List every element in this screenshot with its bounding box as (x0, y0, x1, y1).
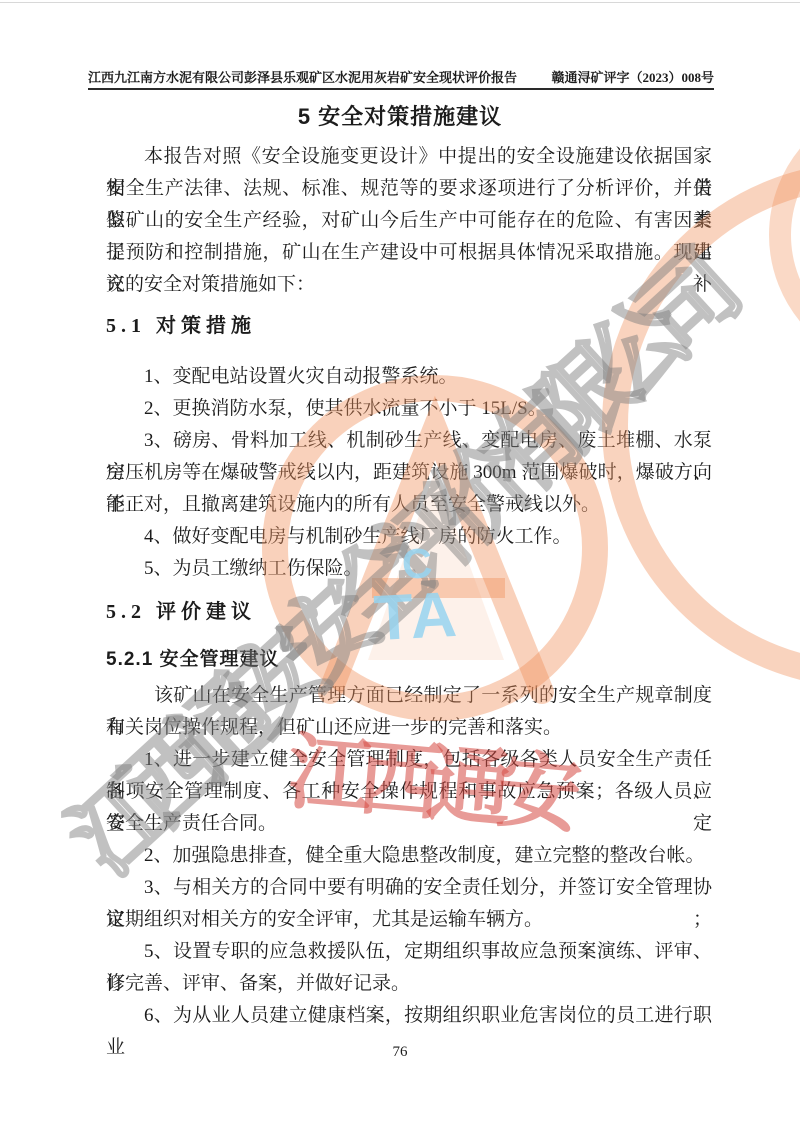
page-number: 76 (0, 1044, 800, 1061)
list-item: 3、磅房、骨料加工线、机制砂生产线、变配电房、废土堆棚、水泵房、 (106, 425, 712, 457)
document-page: 江西九江南方水泥有限公司彭泽县乐观矿区水泥用灰岩矿安全现状评价报告 赣通浔矿评字… (0, 0, 800, 1130)
list-item: 3、与相关方的合同中要有明确的安全责任划分，并签订安全管理协议； (106, 872, 712, 904)
header-doc-number: 赣通浔矿评字（2023）008号 (551, 68, 714, 88)
text-line: 似矿山的安全生产经验，对矿山今后生产中可能存在的危险、有害因素提出 (106, 205, 712, 237)
list-item: 4、做好变配电房与机制砂生产线厂房的防火工作。 (106, 521, 712, 553)
chapter-title: 5 安全对策措施建议 (0, 100, 800, 131)
text-line: 有关岗位操作规程，但矿山还应进一步的完善和落实。 (106, 712, 712, 744)
list-item: 6、为从业人员建立健康档案，按期组织职业危害岗位的员工进行职业 (106, 1000, 712, 1032)
scan-edge-line (0, 2, 800, 3)
intro-paragraph: 本报告对照《安全设施变更设计》中提出的安全设施建设依据国家相关 安全生产法律、法… (106, 141, 712, 301)
section-5-2-heading: 5.2 评价建议 (106, 598, 256, 626)
section-5-2-1-body: 该矿山在安全生产管理方面已经制定了一系列的安全生产规章制度和 有关岗位操作规程，… (106, 680, 712, 1032)
text-line: 了预防和控制措施，矿山在生产建设中可根据具体情况采取措施。现建议补 (106, 237, 712, 269)
text-line: 本报告对照《安全设施变更设计》中提出的安全设施建设依据国家相关 (106, 141, 712, 173)
text-line: 各项安全管理制度、各工种安全操作规程和事故应急预案；各级人员应签定 (106, 776, 712, 808)
section-5-2-1-heading: 5.2.1 安全管理建议 (106, 647, 280, 673)
list-item: 2、加强隐患排查，健全重大隐患整改制度，建立完整的整改台帐。 (106, 840, 712, 872)
list-item: 2、更换消防水泵，使其供水流量不小于 15L/S。 (106, 393, 712, 425)
text-line: 安全生产法律、法规、标准、规范等的要求逐项进行了分析评价，并借鉴类 (106, 173, 712, 205)
text-line: 能正对，且撤离建筑设施内的所有人员至安全警戒线以外。 (106, 489, 712, 521)
text-line: 订完善、评审、备案，并做好记录。 (106, 968, 712, 1000)
text-line: 该矿山在安全生产管理方面已经制定了一系列的安全生产规章制度和 (106, 680, 712, 712)
logo-letters-ta: TA (372, 582, 460, 650)
page-header: 江西九江南方水泥有限公司彭泽县乐观矿区水泥用灰岩矿安全现状评价报告 赣通浔矿评字… (88, 64, 714, 90)
header-report-title: 江西九江南方水泥有限公司彭泽县乐观矿区水泥用灰岩矿安全现状评价报告 (88, 68, 517, 88)
list-item: 1、变配电站设置火灾自动报警系统。 (106, 361, 712, 393)
list-item: 5、为员工缴纳工伤保险。 (106, 553, 712, 585)
section-5-1-heading: 5.1 对策措施 (106, 312, 256, 340)
list-item: 5、设置专职的应急救援队伍，定期组织事故应急预案演练、评审、修 (106, 936, 712, 968)
logo-ring-corner-icon (780, 110, 800, 360)
list-item: 1、进一步建立健全安全管理制度，包括各级各类人员安全生产责任制、 (106, 744, 712, 776)
section-5-1-list: 1、变配电站设置火灾自动报警系统。 2、更换消防水泵，使其供水流量不小于 15L… (106, 361, 712, 585)
text-line: 空压机房等在爆破警戒线以内，距建筑设施 300m 范围爆破时，爆破方向不 (106, 457, 712, 489)
